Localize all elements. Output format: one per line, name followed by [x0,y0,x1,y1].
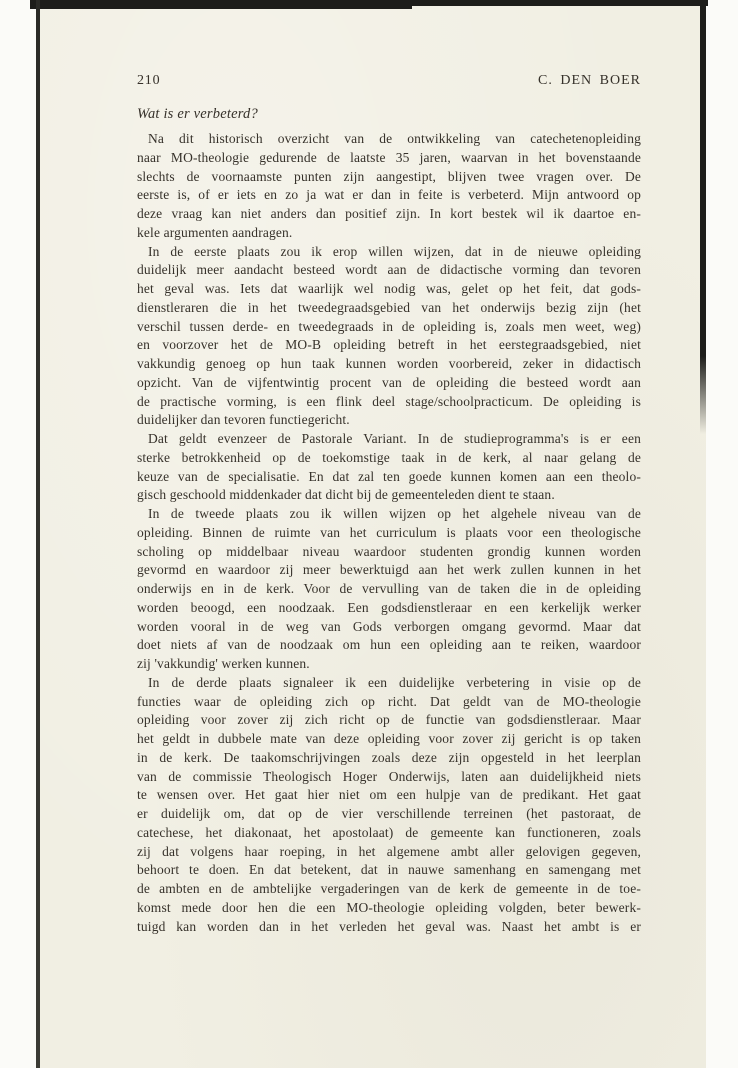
text-line: slechts de voornaamste punten zijn aange… [137,168,641,187]
text-line: dienstleraren die in het tweedegraadsgeb… [137,299,641,318]
text-line: opleiding. Binnen de ruimte van het curr… [137,524,641,543]
text-line: komst mede door hen die een MO-theologie… [137,899,641,918]
text-line: functies waar de opleiding zich op richt… [137,693,641,712]
text-line: catechese, het diakonaat, het apostolaat… [137,824,641,843]
text-line: naar MO-theologie gedurende de laatste 3… [137,149,641,168]
text-line: onderwijs en in de kerk. Voor de vervull… [137,580,641,599]
text-line: scholing op middelbaar niveau waardoor s… [137,543,641,562]
paragraph: In de derde plaats signaleer ik een duid… [137,674,641,937]
text-line: keuze van de specialisatie. En dat zal t… [137,468,641,487]
text-line: de ambten en de ambtelijke vergaderingen… [137,880,641,899]
text-line: het geval was. Iets dat waarlijk wel nod… [137,280,641,299]
page-number: 210 [137,73,160,89]
text-line: te wensen over. Het gaat hier niet om ee… [137,786,641,805]
text-line: gisch geschoold middenkader dat dicht bi… [137,486,641,505]
text-line: opleiding voor zover zij zich richt op d… [137,711,641,730]
text-line: Dat geldt evenzeer de Pastorale Variant.… [137,430,641,449]
text-line: kele argumenten aandragen. [137,224,641,243]
text-line: In de eerste plaats zou ik erop willen w… [137,243,641,262]
text-line: sterke betrokkenheid op de toekomstige t… [137,449,641,468]
page-edge-top-right [412,0,708,6]
text-line: van de commissie Theologisch Hoger Onder… [137,768,641,787]
text-line: vakkundig genoeg op hun taak kunnen word… [137,355,641,374]
page-edge-top [30,0,412,9]
text-line: zij dat volgens haar roeping, in het alg… [137,843,641,862]
body-paragraphs: Na dit historisch overzicht van de ontwi… [137,130,641,936]
text-line: In de tweede plaats zou ik willen wijzen… [137,505,641,524]
text-line: Na dit historisch overzicht van de ontwi… [137,130,641,149]
text-line: duidelijker dan tevoren functiegericht. [137,411,641,430]
text-line: doet niets af van de noodzaak om hun een… [137,636,641,655]
text-line: In de derde plaats signaleer ik een duid… [137,674,641,693]
text-line: de practische vorming, is een flink deel… [137,393,641,412]
text-line: er duidelijk om, dat op de vier verschil… [137,805,641,824]
paragraph: In de eerste plaats zou ik erop willen w… [137,243,641,431]
running-header-author: C. DEN BOER [538,73,641,89]
text-line: en voorzover het de MO-B opleiding betre… [137,336,641,355]
text-line: gevormd en waardoor zij meer bewerktuigd… [137,561,641,580]
text-line: worden vooral in de weg van Gods verborg… [137,618,641,637]
text-line: zij 'vakkundig' werken kunnen. [137,655,641,674]
text-line: deze vraag kan niet anders dan positief … [137,205,641,224]
text-line: behoort te doen. En dat betekent, dat in… [137,861,641,880]
running-head-row: 210 C. DEN BOER [137,73,641,89]
paragraph: Na dit historisch overzicht van de ontwi… [137,130,641,243]
text-line: eerste is, of er iets en zo ja wat er da… [137,186,641,205]
book-scan: 210 C. DEN BOER Wat is er verbeterd? Na … [0,0,738,1068]
text-line: duidelijk meer aandacht besteed wordt aa… [137,261,641,280]
text-line: worden beoogd, een noodzaak. Een godsdie… [137,599,641,618]
text-line: verschil tussen derde- en tweedegraads i… [137,318,641,337]
paragraph: Dat geldt evenzeer de Pastorale Variant.… [137,430,641,505]
text-line: het geldt in dubbele mate van deze oplei… [137,730,641,749]
page-edge-right [700,0,706,434]
text-line: opzicht. Van de vijfentwintig procent va… [137,374,641,393]
page-edge-left [36,0,40,1068]
paragraph: In de tweede plaats zou ik willen wijzen… [137,505,641,674]
section-heading: Wat is er verbeterd? [137,105,258,123]
text-line: in de kerk. De taakomschrijvingen zoals … [137,749,641,768]
text-line: tuigd kan worden dan in het verleden het… [137,918,641,937]
